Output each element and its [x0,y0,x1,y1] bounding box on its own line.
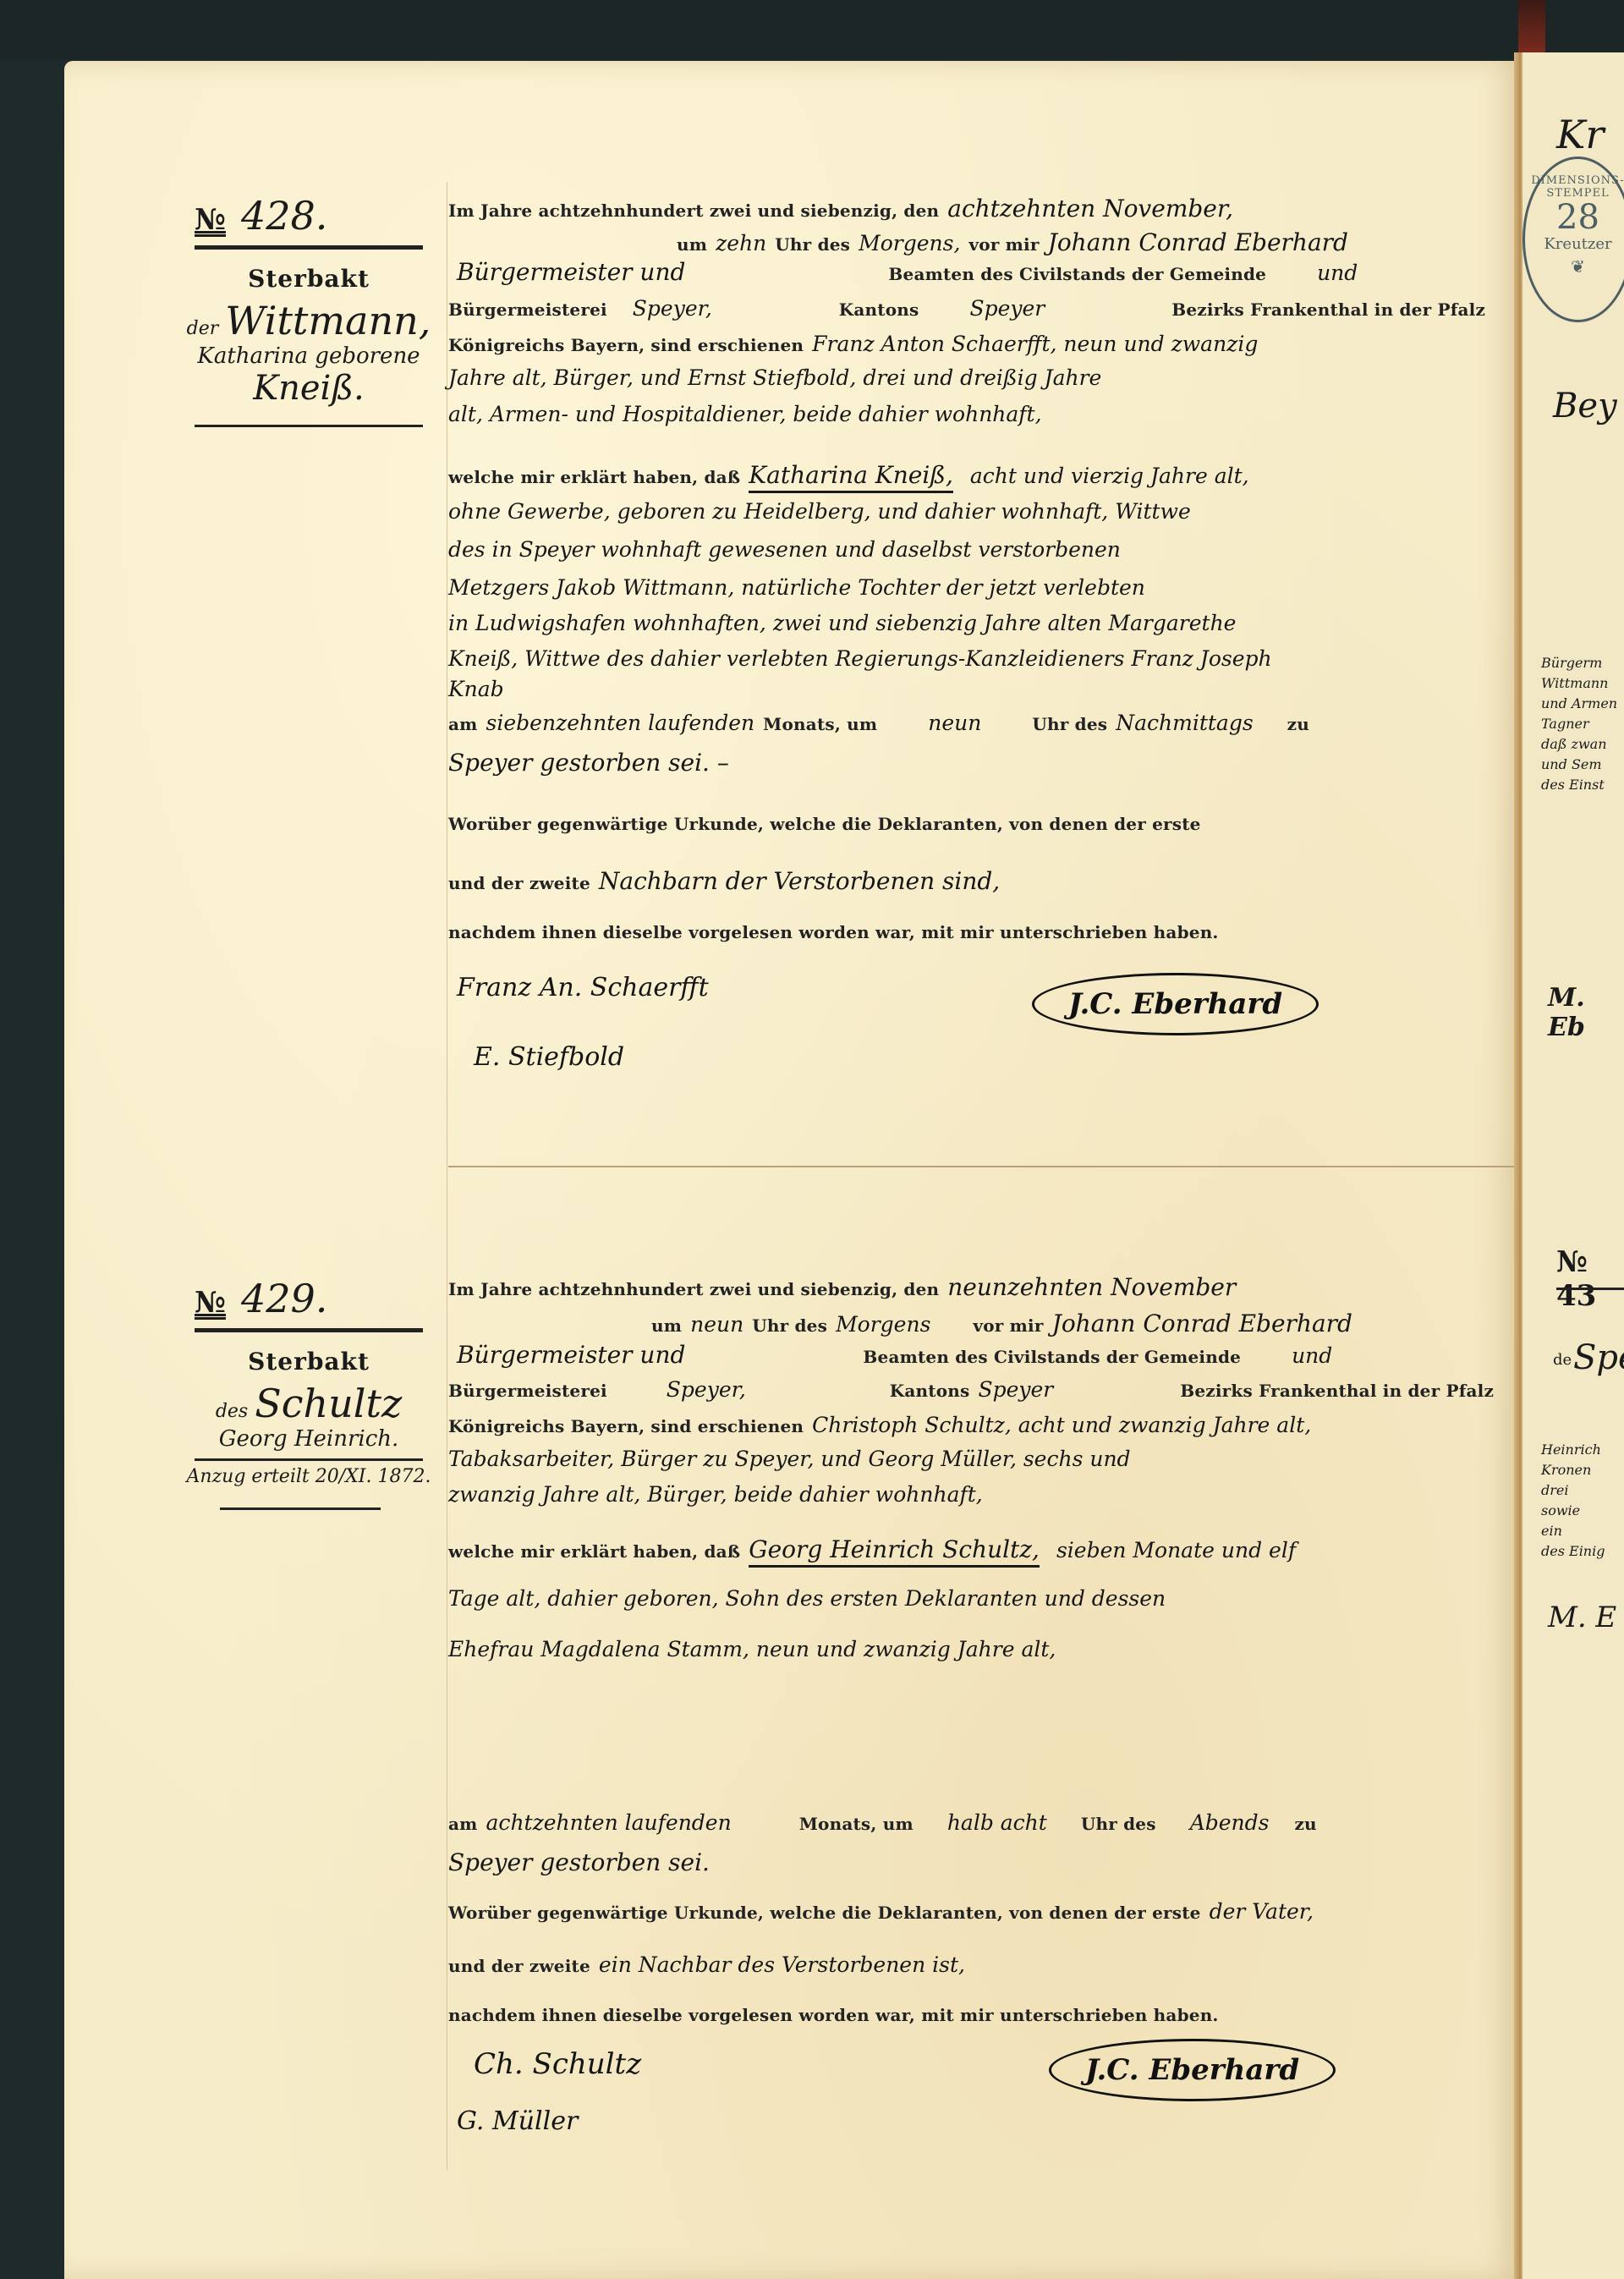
facing-des-prefix: de [1553,1351,1572,1369]
death-time-of-day: Nachmittags [1116,711,1253,735]
record-time-of-day: Morgens, [859,231,960,255]
declarant-signature-2: E. Stiefbold [474,1042,624,1072]
facing-initials: M. E [1548,1601,1616,1634]
revenue-stamp: DIMENSIONS-STEMPEL 28 Kreutzer ❦ [1522,157,1624,322]
second-declarant-relation: ein Nachbar des Verstorbenen ist, [599,1952,965,1977]
official-title: Bürgermeister und [457,258,685,286]
facing-text-block-2: Heinrich Kronen drei sowie ein des Einig [1541,1440,1605,1562]
burial-annotation: Anzug erteilt 20/XI. 1872. [169,1466,448,1487]
facing-entry-number: № 43 [1556,1245,1624,1313]
deceased-maiden-name: Kneiß. [169,369,448,408]
stamp-value: 28 [1525,200,1624,235]
declarant-signature-1: Franz An. Schaerfft [457,973,709,1002]
facing-flourish: Kr [1556,112,1604,157]
deceased-name-underlined: Georg Heinrich Schultz, [749,1535,1040,1568]
deceased-surname: Schultz [255,1381,402,1426]
declarant-signature-1: Ch. Schultz [474,2047,641,2081]
declarant-relation: Nachbarn der Verstorbenen sind, [599,867,1000,895]
buergermeisterei-value: Speyer, [633,296,712,321]
kantons-value: Speyer [969,296,1045,321]
death-hour: halb acht [947,1810,1047,1835]
facing-surname-fragment: Bey [1553,387,1617,426]
death-day: achtzehnten laufenden [486,1810,732,1835]
entry-number: № 428. [169,193,448,239]
official-title: Bürgermeister und [457,1341,685,1369]
deceased-given-name: Katharina geborene [169,343,448,369]
mid-rule [195,1458,423,1461]
facing-text-block-1: Bürgerm Wittmann und Armen Tagner daß zw… [1541,653,1624,795]
first-declarant-relation: der Vater, [1210,1899,1314,1924]
death-time-of-day: Abends [1190,1810,1270,1835]
facing-surname-fragment-2: Spe [1573,1338,1624,1377]
deceased-article: der [187,318,219,339]
header-rule [195,1328,423,1332]
footer-rule [195,425,423,427]
book-cover-edge [0,0,1624,59]
deceased-given-name: Georg Heinrich. [169,1426,448,1452]
death-hour: neun [928,711,981,735]
record-date: neunzehnten November [947,1273,1236,1301]
sterbakt-label: Sterbakt [169,1348,448,1376]
entry-number: № 429. [169,1276,448,1321]
header-rule [195,245,423,250]
sterbakt-label: Sterbakt [169,265,448,293]
declarant-signature-2: G. Müller [457,2106,578,2136]
official-signature: J.C. Eberhard [1032,973,1319,1035]
bookmark-ribbon [1518,0,1545,52]
entry-429-margin: № 429. Sterbakt des Schultz Georg Heinri… [169,1276,448,1510]
footer-rule [220,1507,381,1510]
official-name: Johann Conrad Eberhard [1048,228,1348,256]
record-time-of-day: Morgens [836,1312,930,1337]
column-divider [447,182,447,2170]
entry-428-margin: № 428. Sterbakt der Wittmann, Katharina … [169,193,448,427]
entry-separator [448,1166,1514,1167]
official-name: Johann Conrad Eberhard [1052,1310,1352,1337]
buergermeisterei-value: Speyer, [667,1377,746,1402]
deceased-surname: Wittmann, [225,298,431,343]
facing-page: Kr Bey Bürgerm Wittmann und Armen Tagner… [1521,52,1624,2279]
facing-signature: M. Eb [1548,983,1624,1042]
facing-rule [1556,1288,1624,1290]
death-day: siebenzehnten laufenden [486,711,755,735]
oak-leaf-ornament-icon: ❦ [1525,256,1624,277]
record-date: achtzehnten November, [947,195,1233,222]
record-hour: zehn [716,231,766,255]
declarants: Franz Anton Schaerfft, neun und zwanzig [812,332,1258,356]
declarants: Christoph Schultz, acht und zwanzig Jahr… [812,1413,1311,1437]
official-signature: J.C. Eberhard [1049,2039,1336,2101]
death-place: Speyer gestorben sei. – [448,749,729,777]
deceased-name-underlined: Katharina Kneiß, [749,461,953,493]
death-place: Speyer gestorben sei. [448,1848,710,1876]
record-hour: neun [690,1312,743,1337]
kantons-value: Speyer [978,1377,1053,1402]
stamp-unit: Kreutzer [1525,235,1624,253]
deceased-article: des [216,1401,248,1422]
